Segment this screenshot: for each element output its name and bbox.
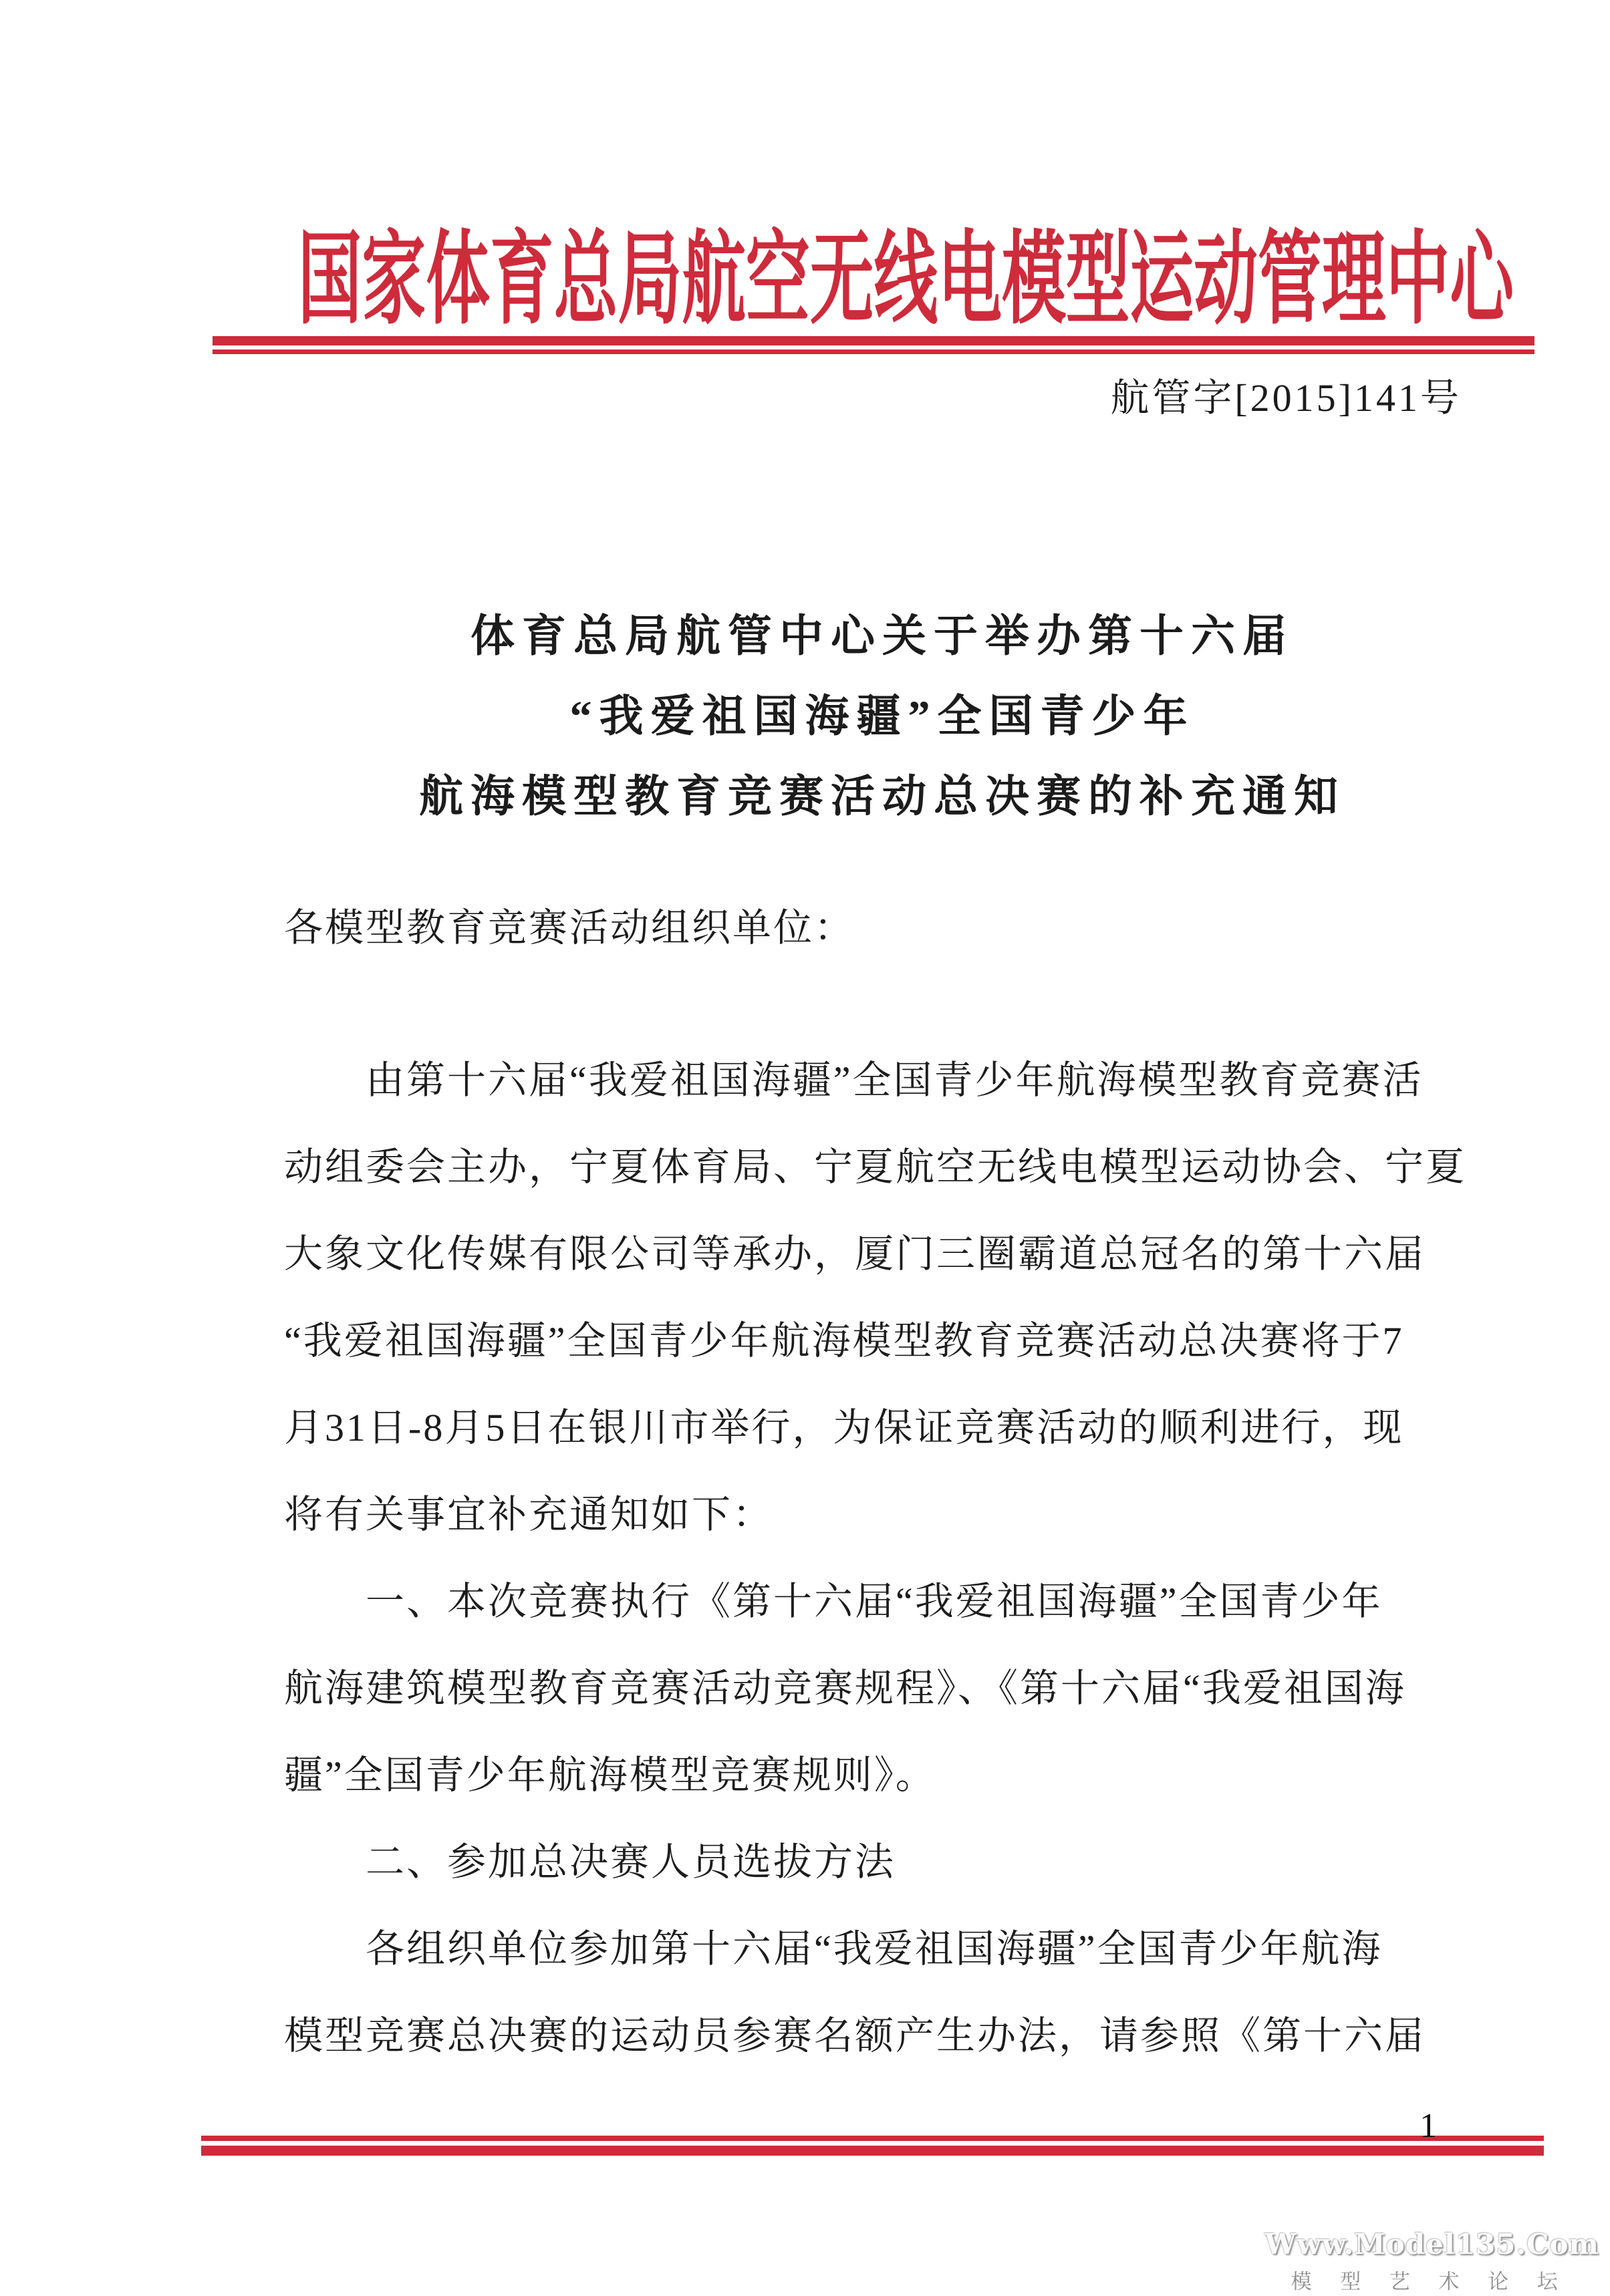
letterhead-rule-thin (213, 349, 1534, 354)
letterhead-org-title: 国家体育总局航空无线电模型运动管理中心 (298, 198, 1313, 343)
document-page: 国家体育总局航空无线电模型运动管理中心 航管字[2015]141号 体育总局航管… (0, 0, 1610, 2296)
body-line: 月31日-8月5日在银川市举行，为保证竞赛活动的顺利进行，现 (284, 1385, 1494, 1471)
watermark-site-url: Www.Model135.Com (1264, 2228, 1599, 2261)
body-line: 疆”全国青少年航海模型竞赛规则》。 (284, 1732, 1494, 1819)
notice-title-line: “我爱祖国海疆”全国青少年 (284, 677, 1480, 757)
body-line: 模型竞赛总决赛的运动员参赛名额产生办法，请参照《第十六届 (284, 1993, 1494, 2079)
letterhead-rule-thick (213, 336, 1534, 345)
footer-rule-thick (201, 2146, 1544, 2156)
document-number: 航管字[2015]141号 (1110, 366, 1462, 422)
body-line: 一、本次竞赛执行《第十六届“我爱祖国海疆”全国青少年 (284, 1558, 1494, 1645)
body-line: “我爱祖国海疆”全国青少年航海模型教育竞赛活动总决赛将于7 (284, 1298, 1494, 1385)
body-line: 航海建筑模型教育竞赛活动竞赛规程》、《第十六届“我爱祖国海 (284, 1645, 1494, 1732)
notice-title: 体育总局航管中心关于举办第十六届“我爱祖国海疆”全国青少年航海模型教育竞赛活动总… (284, 597, 1480, 837)
notice-title-line: 航海模型教育竞赛活动总决赛的补充通知 (284, 757, 1480, 837)
watermark: Www.Model135.Com 模 型 艺 术 论 坛 (1264, 2228, 1599, 2295)
page-number: 1 (1420, 2106, 1437, 2146)
body-line: 各组织单位参加第十六届“我爱祖国海疆”全国青少年航海 (284, 1906, 1494, 1993)
body-line: 大象文化传媒有限公司等承办，厦门三圈霸道总冠名的第十六届 (284, 1211, 1494, 1298)
body-line: 将有关事宜补充通知如下： (284, 1471, 1494, 1558)
footer-rule-thin (201, 2136, 1544, 2141)
body-line: 动组委会主办，宁夏体育局、宁夏航空无线电模型运动协会、宁夏 (284, 1124, 1494, 1211)
body-text: 由第十六届“我爱祖国海疆”全国青少年航海模型教育竞赛活动组委会主办，宁夏体育局、… (284, 1037, 1494, 2079)
notice-title-line: 体育总局航管中心关于举办第十六届 (284, 597, 1480, 677)
body-line: 由第十六届“我爱祖国海疆”全国青少年航海模型教育竞赛活 (284, 1037, 1494, 1124)
salutation: 各模型教育竞赛活动组织单位： (284, 885, 855, 972)
body-line: 二、参加总决赛人员选拔方法 (284, 1819, 1494, 1906)
watermark-forum-name: 模 型 艺 术 论 坛 (1264, 2265, 1595, 2295)
